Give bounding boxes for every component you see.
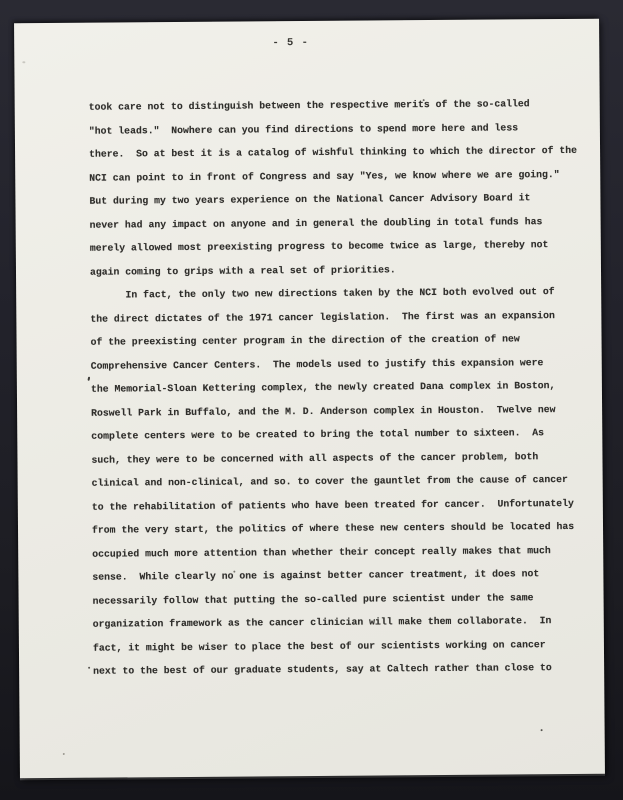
- body-text: took care not to distinguish between the…: [89, 92, 594, 683]
- text-line: complete centers were to be created to b…: [91, 421, 591, 448]
- scan-speck: [233, 571, 235, 573]
- text-line: next to the best of our graduate student…: [93, 656, 593, 683]
- scan-speck: [22, 61, 25, 63]
- text-line: organization framework as the cancer cli…: [93, 609, 593, 636]
- scan-speck: [63, 753, 65, 755]
- text-line: sense. While clearly no one is against b…: [92, 562, 592, 589]
- text-line: In fact, the only two new directions tak…: [90, 280, 590, 307]
- scan-speck: [87, 377, 90, 381]
- text-line: took care not to distinguish between the…: [89, 92, 589, 119]
- document-page: - 5 - took care not to distinguish betwe…: [14, 19, 605, 779]
- scan-speck: [423, 99, 425, 101]
- text-line: clinical and non-clinical, and so. to co…: [92, 468, 592, 495]
- text-line: merely allowed most preexisting progress…: [90, 233, 590, 260]
- text-line: of the preexisting center program in the…: [90, 327, 590, 354]
- page-number: - 5 -: [0, 35, 583, 52]
- text-line: there. So at best it is a catalog of wis…: [89, 139, 589, 166]
- text-line: But during my two years experience on th…: [89, 186, 589, 213]
- scan-speck: [88, 667, 90, 669]
- scanner-backdrop: - 5 - took care not to distinguish betwe…: [0, 0, 623, 800]
- text-line: the Memorial-Sloan Kettering complex, th…: [91, 374, 591, 401]
- text-line: from the very start, the politics of whe…: [92, 515, 592, 542]
- scan-speck: [541, 729, 543, 731]
